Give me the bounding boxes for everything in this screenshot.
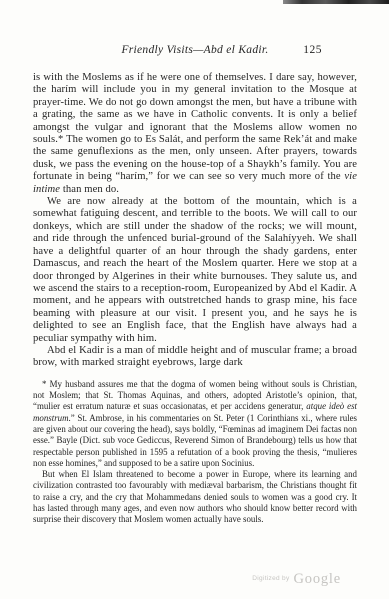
- text-segment: We are now already at the bottom of the …: [33, 196, 357, 343]
- watermark-prefix: Digitized by: [252, 575, 289, 582]
- footnote-text: * My husband assures me that the dogma o…: [33, 379, 357, 526]
- scanned-book-page: Friendly Visits—Abd el Kadir. 125 is wit…: [0, 0, 389, 599]
- text-segment: Abd el Kadir is a man of middle height a…: [33, 345, 357, 368]
- text-segment: .” St. Ambrose, in his commentaries on S…: [33, 413, 357, 468]
- page-content: Friendly Visits—Abd el Kadir. 125 is wit…: [33, 44, 357, 526]
- text-segment: than men do.: [60, 184, 119, 195]
- paragraph: Abd el Kadir is a man of middle height a…: [33, 345, 357, 370]
- paragraph: But when El Islam threatened to become a…: [33, 469, 357, 525]
- running-header: Friendly Visits—Abd el Kadir. 125: [33, 44, 357, 59]
- body-text: is with the Moslems as if he were one of…: [33, 72, 357, 370]
- text-segment: is with the Moslems as if he were one of…: [33, 72, 357, 182]
- paragraph: * My husband assures me that the dogma o…: [33, 379, 357, 469]
- google-logo: Google: [294, 571, 342, 587]
- scan-edge-artifact: [283, 0, 389, 4]
- paragraph: is with the Moslems as if he were one of…: [33, 72, 357, 196]
- paragraph: We are now already at the bottom of the …: [33, 196, 357, 345]
- watermark: Digitized by Google: [252, 570, 341, 588]
- page-number: 125: [303, 44, 322, 56]
- text-segment: But when El Islam threatened to become a…: [33, 469, 357, 524]
